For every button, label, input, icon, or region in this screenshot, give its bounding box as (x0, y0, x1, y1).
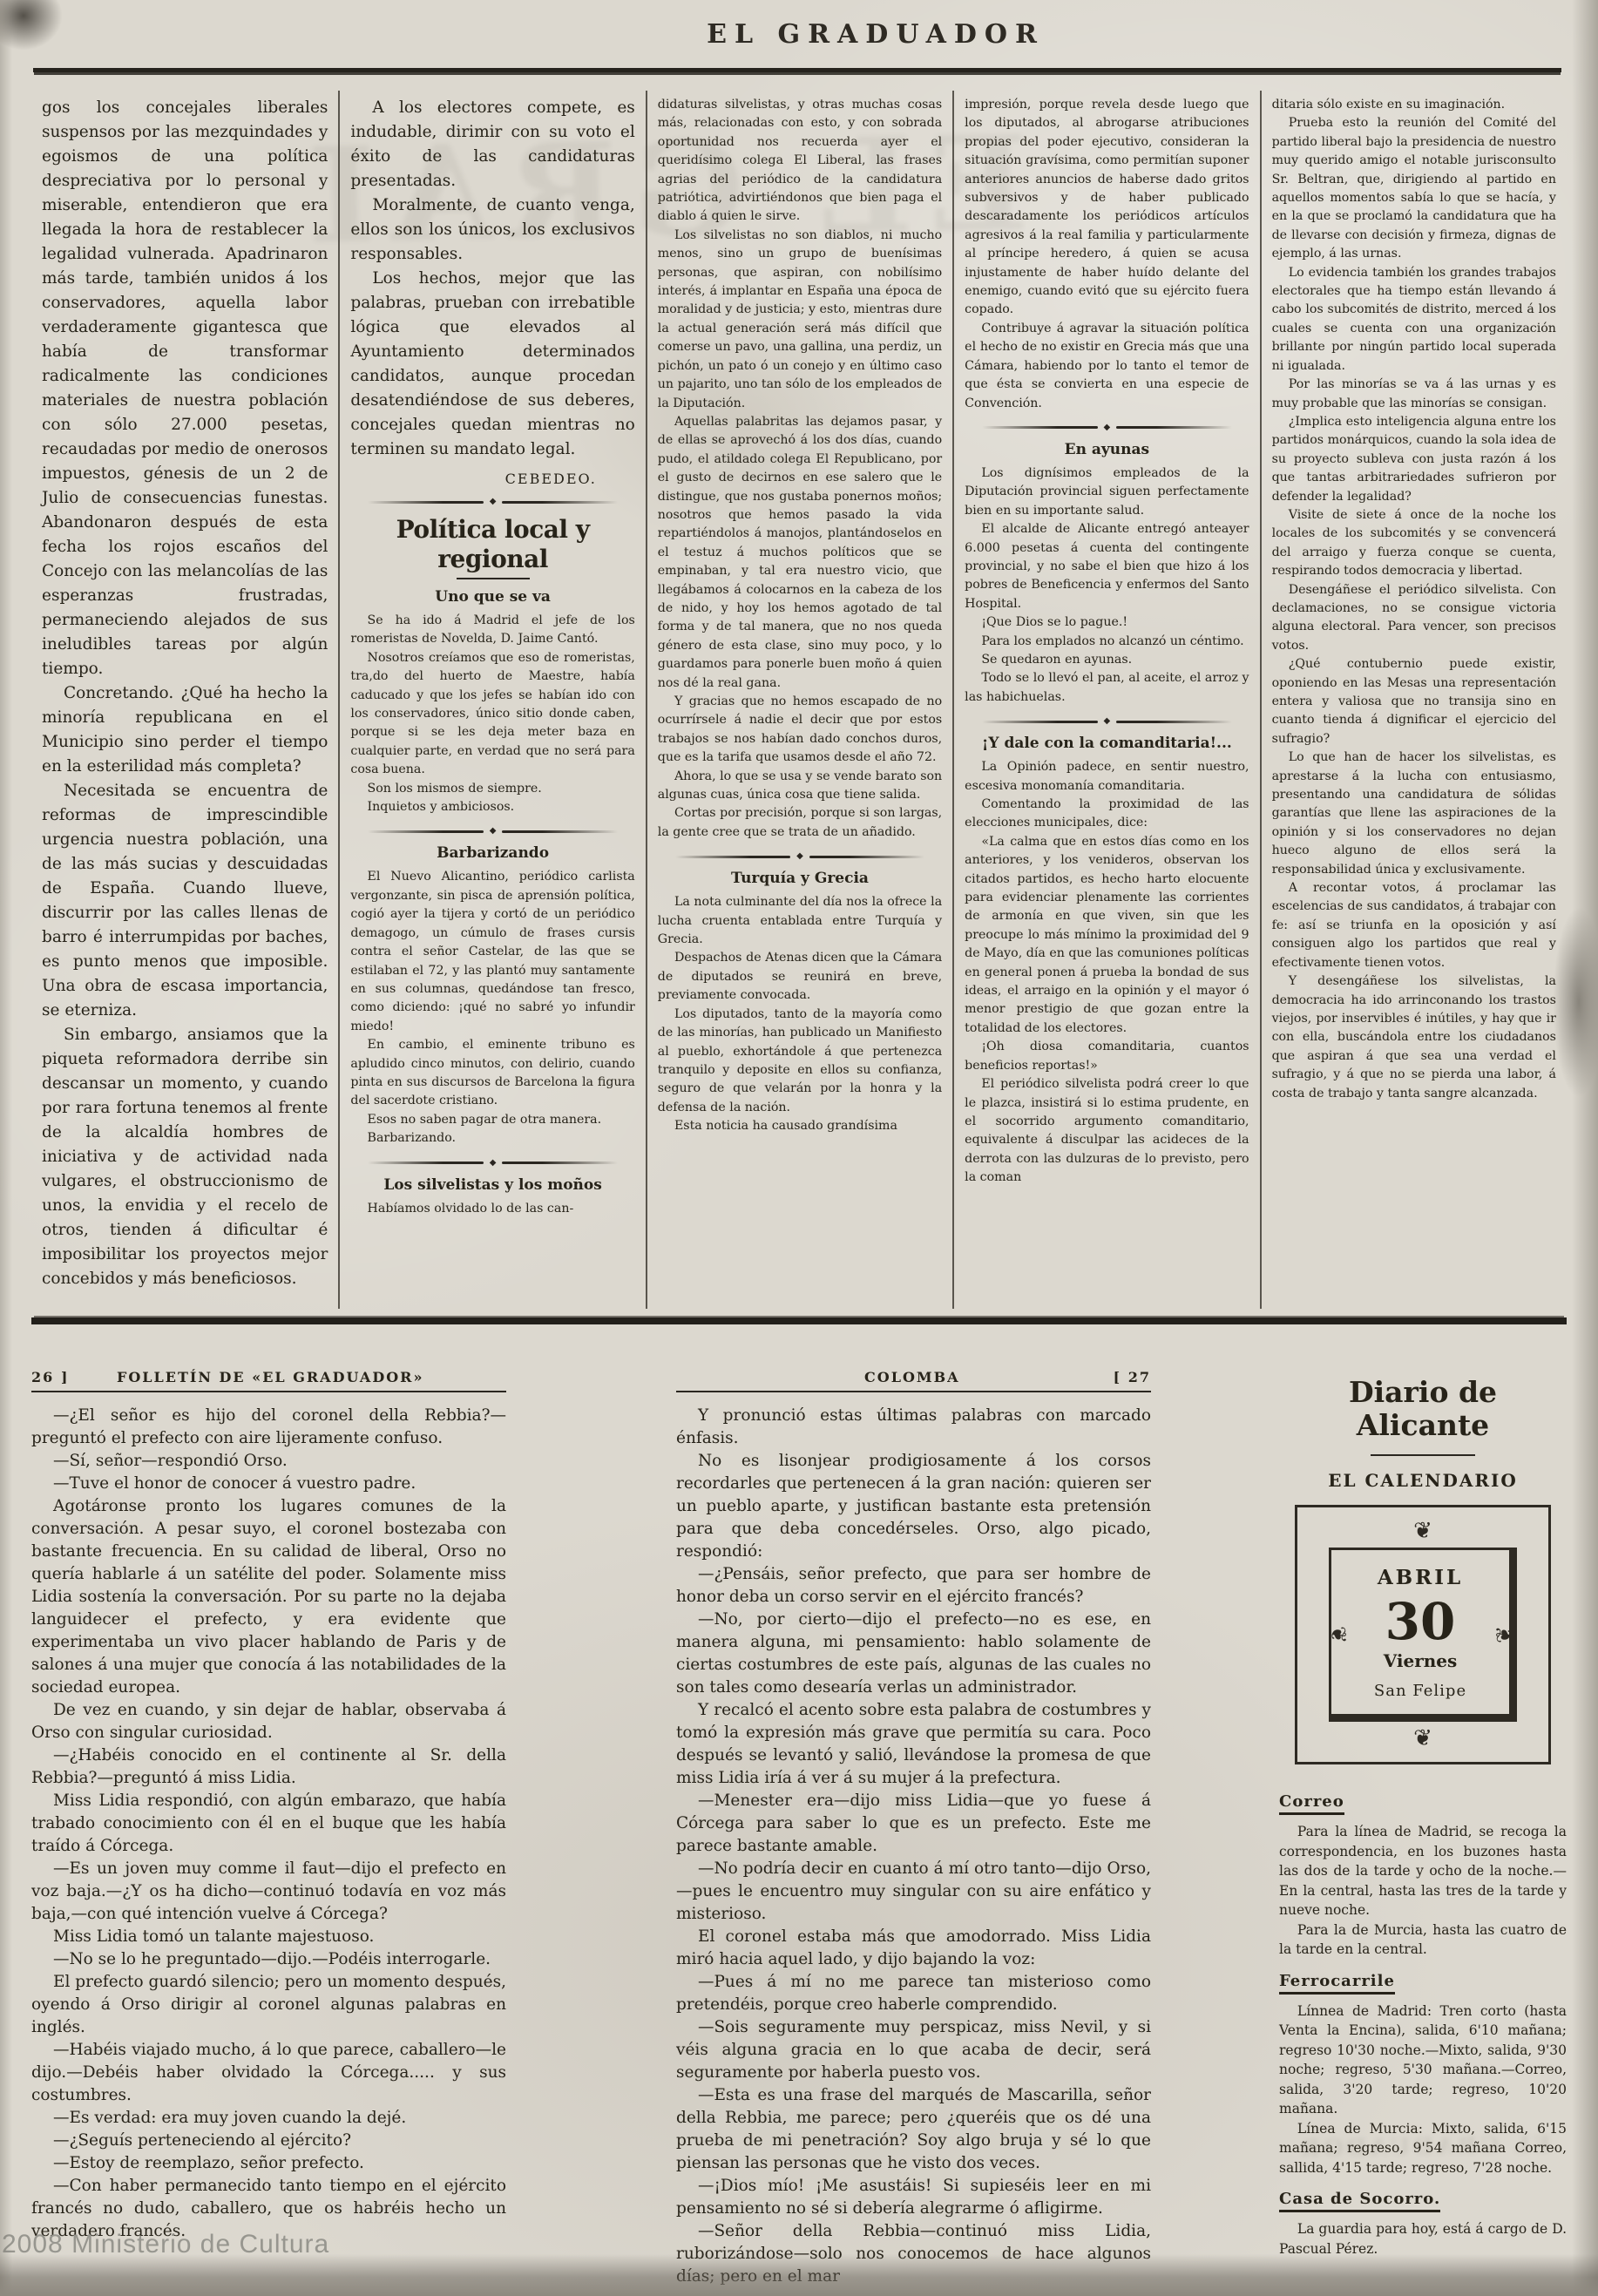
article-paragraphs: Se ha ido á Madrid el jefe de los romeri… (350, 612, 634, 816)
floral-ornament-icon: ❦ (1492, 1626, 1516, 1643)
paragraph: Esta noticia ha causado grandísima (658, 1117, 942, 1135)
novel-paragraph: —Sí, señor—respondió Orso. (31, 1450, 506, 1473)
article-paragraphs: La nota culminante del día nos la ofrece… (658, 893, 942, 1135)
novel-paragraph: Y pronunció estas últimas palabras con m… (676, 1405, 1151, 1450)
diario-section-heading: Casa de Socorro. (1279, 2190, 1440, 2212)
diario-section-casa-de-socorro: Casa de Socorro. La guardia para hoy, es… (1279, 2177, 1567, 2259)
paragraph: ditaria sólo existe en su imaginación. (1272, 96, 1556, 114)
diamond-ornament-icon: ◆ (490, 1159, 497, 1168)
paragraph: Comentando la proximidad de las eleccion… (965, 796, 1249, 833)
paragraph: Los silvelistas no son diablos, ni mucho… (658, 227, 942, 413)
article-paragraphs: El Nuevo Alicantino, periódico carlista … (350, 868, 634, 1148)
paragraph: El alcalde de Alicante entregó anteayer … (965, 520, 1249, 613)
novel-paragraph: —¿El señor es hijo del coronel della Reb… (31, 1405, 506, 1450)
calendar-month: ABRIL (1337, 1566, 1504, 1589)
paragraph: Para la de Murcia, hasta las cuatro de l… (1279, 1920, 1567, 1960)
novel-paragraph: —¿Habéis conocido en el continente al Sr… (31, 1744, 506, 1790)
novel-paragraph: —Esta es una frase del marqués de Mascar… (676, 2084, 1151, 2175)
calendar-weekday: Viernes (1337, 1650, 1504, 1671)
folletin-page-number: [ 27 (1114, 1369, 1151, 1385)
paragraph: Ahora, lo que se usa y se vende barato s… (658, 768, 942, 805)
calendar-inner-frame: ❦ ❦ ABRIL 30 Viernes San Felipe (1329, 1548, 1517, 1722)
novel-paragraph: —Estoy de reemplazo, señor prefecto. (31, 2152, 506, 2175)
paragraph: Inquietos y ambiciosos. (350, 798, 634, 816)
paragraph: Se ha ido á Madrid el jefe de los romeri… (350, 612, 634, 649)
paragraph: A recontar votos, á proclamar las escele… (1272, 879, 1556, 972)
novel-paragraph: —Menester era—dijo miss Lidia—que yo fue… (676, 1790, 1151, 1858)
novel-paragraph: El coronel estaba más que amodorrado. Mi… (676, 1926, 1151, 1971)
folletin-right-page: COLOMBA [ 27 Y pronunció estas últimas p… (676, 1355, 1151, 2226)
floral-ornament-icon: ❦ (1326, 1626, 1351, 1643)
page-left-edge (0, 0, 12, 2296)
diamond-ornament-icon: ◆ (490, 827, 497, 836)
novel-paragraph: —No, por cierto—dijo el prefecto—no es e… (676, 1609, 1151, 1699)
bottom-section: 26 ] FOLLETÍN DE «EL GRADUADOR» —¿El señ… (31, 1355, 1567, 2226)
article-paragraphs: Habíamos olvidado lo de las can- (350, 1200, 634, 1218)
calendar-day: 30 (1337, 1595, 1504, 1649)
column-3: didaturas silvelistas, y otras muchas co… (646, 91, 952, 1309)
novel-text: Y pronunció estas últimas palabras con m… (676, 1405, 1151, 2288)
paragraph: ¡Oh diosa comanditaria, cuantos benefici… (965, 1038, 1249, 1075)
top-section: gos los concejales liberales suspensos p… (31, 91, 1567, 1309)
masthead-title: EL GRADUADOR (77, 19, 1598, 50)
novel-paragraph: De vez en cuando, y sin dejar de hablar,… (31, 1699, 506, 1744)
paragraph: La guardia para hoy, está á cargo de D. … (1279, 2219, 1567, 2259)
paragraph: A los electores compete, es indudable, d… (350, 96, 634, 193)
paragraph: didaturas silvelistas, y otras muchas co… (658, 96, 942, 227)
paragraph: ¡Que Dios se lo pague.! (965, 613, 1249, 632)
paragraph: Para los emplados no alcanzó un céntimo. (965, 633, 1249, 651)
ornament-divider: ◆ (675, 852, 924, 861)
novel-paragraph: —Pues á mí no me parece tan misterioso c… (676, 1971, 1151, 2016)
novel-title: COLOMBA (864, 1369, 960, 1385)
paragraph: Aquellas palabritas las dejamos pasar, y… (658, 413, 942, 693)
paragraph: impresión, porque revela desde luego que… (965, 96, 1249, 320)
masthead-rule (33, 68, 1561, 72)
editorial-conclusion: A los electores compete, es indudable, d… (350, 96, 634, 462)
paragraph: Concretando. ¿Qué ha hecho la minoría re… (42, 681, 328, 779)
section-headline: Política local y regional (350, 515, 634, 574)
signature: CEBEDEO. (350, 471, 634, 487)
column-1-paragraphs: gos los concejales liberales suspensos p… (42, 96, 328, 1291)
novel-paragraph: —No podría decir en cuanto á mí otro tan… (676, 1858, 1151, 1926)
ornament-divider: ◆ (368, 1159, 617, 1168)
diario-section-paragraphs: Línnea de Madrid: Tren corto (hasta Vent… (1279, 2001, 1567, 2178)
paragraph: La nota culminante del día nos la ofrece… (658, 893, 942, 949)
diario-section-paragraphs: La guardia para hoy, está á cargo de D. … (1279, 2219, 1567, 2259)
folletin-right-header: COLOMBA [ 27 (676, 1355, 1151, 1392)
article-paragraphs: La Opinión padece, en sentir nuestro, es… (965, 758, 1249, 1187)
column-5: ditaria sólo existe en su imaginación.Pr… (1260, 91, 1567, 1309)
novel-paragraph: No es lisonjear prodigiosamente á los co… (676, 1450, 1151, 1563)
paragraph: El Nuevo Alicantino, periódico carlista … (350, 868, 634, 1036)
paragraph: Barbarizando. (350, 1129, 634, 1148)
paragraph: Esos no saben pagar de otra manera. (350, 1111, 634, 1129)
paragraph: ¿Implica esto inteligencia alguna entre … (1272, 413, 1556, 506)
article-subhead: ¡Y dale con la comanditaria!... (965, 735, 1249, 752)
article-continuation: ditaria sólo existe en su imaginación.Pr… (1272, 96, 1556, 1103)
paragraph: Los hechos, mejor que las palabras, prue… (350, 267, 634, 462)
ornament-divider: ◆ (982, 423, 1231, 432)
paragraph: Son los mismos de siempre. (350, 780, 634, 798)
diario-section-heading: Ferrocarrile (1279, 1972, 1395, 1995)
paragraph: Prueba esto la reunión del Comité del pa… (1272, 114, 1556, 263)
novel-paragraph: Miss Lidia respondió, con algún embarazo… (31, 1790, 506, 1858)
newspaper-page: EL GRADUADOR EL GRADUADOR EL GRADUADOR g… (0, 0, 1598, 2296)
paragraph: Los diputados, tanto de la mayoría como … (658, 1006, 942, 1117)
article-subhead: Uno que se va (350, 588, 634, 606)
paragraph: Por las minorías se va á las urnas y es … (1272, 376, 1556, 413)
paragraph: Necesitada se encuentra de reformas de i… (42, 779, 328, 1023)
paragraph: gos los concejales liberales suspensos p… (42, 96, 328, 681)
paragraph: Despachos de Atenas dicen que la Cámara … (658, 949, 942, 1005)
column-1: gos los concejales liberales suspensos p… (31, 91, 338, 1309)
paragraph: Y desengáñese los silvelistas, la democr… (1272, 972, 1556, 1103)
novel-paragraph: Miss Lidia tomó un talante majestuoso. (31, 1926, 506, 1948)
diario-section-paragraphs: Para la línea de Madrid, se recoga la co… (1279, 1822, 1567, 1960)
paragraph: «La calma que en estos días como en los … (965, 833, 1249, 1038)
diamond-ornament-icon: ◆ (490, 498, 497, 506)
calendar-saint: San Felipe (1337, 1682, 1504, 1700)
diamond-ornament-icon: ◆ (796, 852, 803, 861)
novel-paragraph: —¡Dios mío! ¡Me asustáis! Si supieséis l… (676, 2175, 1151, 2220)
novel-paragraph: —Es un joven muy comme il faut—dijo el p… (31, 1858, 506, 1926)
section-divider-rule (31, 1317, 1567, 1324)
article-subhead: En ayunas (965, 441, 1249, 458)
paragraph: Todo se lo llevó el pan, al aceite, el a… (965, 669, 1249, 707)
novel-paragraph: El prefecto guardó silencio; pero un mom… (31, 1971, 506, 2039)
novel-paragraph: —Tuve el honor de conocer á vuestro padr… (31, 1473, 506, 1495)
paragraph: El periódico silvelista podrá creer lo q… (965, 1075, 1249, 1187)
paragraph: Lo que han de hacer los silvelistas, es … (1272, 748, 1556, 879)
paragraph: Se quedaron en ayunas. (965, 651, 1249, 669)
diario-section-correo: Correo Para la línea de Madrid, se recog… (1279, 1780, 1567, 1960)
calendar-box: ❦ ❦ ❦ ABRIL 30 Viernes San Felipe ❦ (1295, 1505, 1551, 1764)
paragraph: ¿Qué contubernio puede existir, oponiend… (1272, 655, 1556, 748)
folletin-page-number: 26 ] (31, 1369, 69, 1385)
paragraph: Línea de Murcia: Mixto, salida, 6'15 mañ… (1279, 2119, 1567, 2178)
diario-title-rule (1371, 1454, 1475, 1456)
diario-section-heading: Correo (1279, 1792, 1344, 1815)
folletin-left-header: 26 ] FOLLETÍN DE «EL GRADUADOR» (31, 1355, 506, 1392)
diario-de-alicante-column: Diario de Alicante EL CALENDARIO ❦ ❦ ❦ A… (1279, 1355, 1567, 2226)
ornament-divider: ◆ (982, 717, 1231, 726)
novel-text: —¿El señor es hijo del coronel della Reb… (31, 1405, 506, 2243)
calendar-heading: EL CALENDARIO (1279, 1470, 1567, 1491)
paragraph: Sin embargo, ansiamos que la piqueta ref… (42, 1023, 328, 1291)
page-bottom-edge (0, 2254, 1598, 2296)
ornament-divider: ◆ (368, 827, 617, 836)
paragraph: Y gracias que no hemos escapado de no oc… (658, 693, 942, 768)
ornament-divider: ◆ (368, 498, 617, 506)
paragraph: Nosotros creíamos que eso de romeristas,… (350, 649, 634, 780)
novel-paragraph: Agotáronse pronto los lugares comunes de… (31, 1495, 506, 1699)
paragraph: Cortas por precisión, porque si son larg… (658, 804, 942, 842)
paragraph: Los dignísimos empleados de la Diputació… (965, 464, 1249, 520)
article-subhead: Barbarizando (350, 844, 634, 862)
article-continuation: impresión, porque revela desde luego que… (965, 96, 1249, 413)
paragraph: La Opinión padece, en sentir nuestro, es… (965, 758, 1249, 796)
diario-title: Diario de Alicante (1279, 1376, 1567, 1442)
novel-paragraph: —¿Pensáis, señor prefecto, que para ser … (676, 1563, 1151, 1609)
paragraph: Para la línea de Madrid, se recoga la co… (1279, 1822, 1567, 1920)
novel-paragraph: Y recalcó el acento sobre esta palabra d… (676, 1699, 1151, 1790)
folletin-left-page: 26 ] FOLLETÍN DE «EL GRADUADOR» —¿El señ… (31, 1355, 506, 2226)
paragraph: Desengáñese el periódico silvelista. Con… (1272, 581, 1556, 656)
article-subhead: Turquía y Grecia (658, 870, 942, 887)
paragraph: Moralmente, de cuanto venga, ellos son l… (350, 193, 634, 267)
paragraph: Contribuye á agravar la situación políti… (965, 320, 1249, 413)
novel-paragraph: —¿Seguís perteneciendo al ejército? (31, 2130, 506, 2152)
folletin-title: FOLLETÍN DE «EL GRADUADOR» (117, 1369, 423, 1385)
diamond-ornament-icon: ◆ (1104, 717, 1111, 726)
article-paragraphs: Los dignísimos empleados de la Diputació… (965, 464, 1249, 707)
paragraph: Línnea de Madrid: Tren corto (hasta Vent… (1279, 2001, 1567, 2119)
novel-paragraph: —Habéis viajado mucho, á lo que parece, … (31, 2039, 506, 2107)
novel-paragraph: —No se lo he preguntado—dijo.—Podéis int… (31, 1948, 506, 1971)
novel-paragraph: —Es verdad: era muy joven cuando la dejé… (31, 2107, 506, 2130)
column-4: impresión, porque revela desde luego que… (952, 91, 1259, 1309)
article-continuation: didaturas silvelistas, y otras muchas co… (658, 96, 942, 842)
paragraph: Lo evidencia también los grandes trabajo… (1272, 264, 1556, 376)
paragraph: Visite de siete á once de la noche los l… (1272, 506, 1556, 581)
diamond-ornament-icon: ◆ (1104, 423, 1111, 432)
headline-rule (457, 578, 530, 579)
diario-section-ferrocarril: Ferrocarrile Línnea de Madrid: Tren cort… (1279, 1960, 1567, 2178)
floral-ornament-icon: ❦ (1311, 1520, 1534, 1542)
article-subhead: Los silvelistas y los moños (350, 1176, 634, 1194)
novel-paragraph: —Sois seguramente muy perspicaz, miss Ne… (676, 2016, 1151, 2084)
column-2: A los electores compete, es indudable, d… (338, 91, 645, 1309)
paragraph: En cambio, el eminente tribuno es apludi… (350, 1036, 634, 1111)
page-right-edge (1572, 0, 1598, 2296)
paragraph: Habíamos olvidado lo de las can- (350, 1200, 634, 1218)
floral-ornament-icon: ❦ (1311, 1727, 1534, 1750)
